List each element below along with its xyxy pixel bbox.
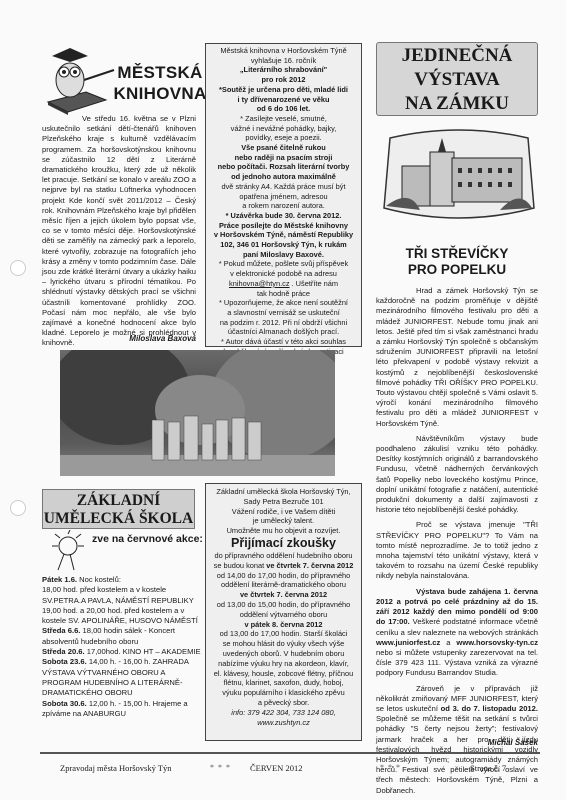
exam-line: v pátek 8. června 2012 <box>208 620 359 630</box>
library-heading: MĚSTSKÁ KNIHOVNA <box>112 62 208 104</box>
contest-line: * Pokud můžete, pošlete svůj příspěvek <box>209 259 358 269</box>
contest-line: dvě stránky A4. Každá práce musí být <box>209 182 358 192</box>
exhibition-heading: JEDINEČNÁ VÝSTAVA NA ZÁMKU <box>376 42 538 116</box>
contest-line: Práce posílejte do Městské knihovny <box>209 221 358 231</box>
horsovsky-tyn-link[interactable]: www.horsovsky-tyn.cz <box>456 638 538 647</box>
contest-line: vyhlašuje 16. ročník <box>209 56 358 66</box>
event-item: Pátek 1.6. Noc kostelů: <box>42 575 202 585</box>
contest-line: * Zasílejte veselé, smutné, <box>209 114 358 124</box>
contest-line: nebo raději na psacím stroji <box>209 153 358 163</box>
exhibition-paragraph-4: Výstava bude zahájena 1. června 2012 a p… <box>376 587 538 679</box>
photo-scene <box>60 350 335 476</box>
footer-stars: * * * <box>380 763 401 772</box>
contest-line: v Horšovském Týně, náměstí Republiky <box>209 230 358 240</box>
library-article-text: Ve středu 16. května se v Plzni uskutečn… <box>42 114 196 349</box>
art-school-events: Pátek 1.6. Noc kostelů:18,00 hod. před k… <box>42 575 202 719</box>
contest-line: *Soutěž je určena pro děti, mladé lidi <box>209 85 358 95</box>
exhibition-paragraph-2: Návštěvníkům výstavy bude poodhaleno zák… <box>376 434 538 516</box>
exam-contact-phone: info: 379 422 304, 733 124 080, <box>208 708 359 718</box>
contest-line: účastníci Almanach došlých prací. <box>209 327 358 337</box>
exhibition-subheading: TŘI STŘEVÍČKY PRO POPELKU <box>376 246 538 278</box>
contest-line: pro rok 2012 <box>209 75 358 85</box>
music-muse-icon <box>48 530 88 572</box>
exam-line: a pěvecký sbor. <box>208 698 359 708</box>
exam-line: oddělení výtvarného oboru <box>208 610 359 620</box>
contest-line: * Uzávěrka bude 30. června 2012. <box>209 211 358 221</box>
exam-line: nabízíme výuku hry na akordeon, klavír, <box>208 659 359 669</box>
contest-line: na podzim r. 2012. Při ní obdrží všichni <box>209 318 358 328</box>
exam-intro-line: Umožněte mu ho objevit a rozvíjet. <box>208 526 359 536</box>
binder-hole <box>10 260 26 276</box>
contest-line: paní Miloslavy Baxové. <box>209 250 358 260</box>
event-item: Sobota 23.6. 14,00 h. - 16,00 h. ZAHRADA… <box>42 657 202 698</box>
exam-line: se budou konat ve čtvrtek 7. června 2012 <box>208 561 359 571</box>
group-photo <box>60 350 335 476</box>
exam-intro-line: Sady Petra Bezruče 101 <box>208 497 359 507</box>
footer-issue: ČERVEN 2012 <box>250 763 302 773</box>
exam-line: od 13,00 do 17,00 hodin. Starší školáci <box>208 629 359 639</box>
exam-line: flétnu, klarinet, saxofon, dudy, hoboj, <box>208 678 359 688</box>
footer-stars: * * * <box>210 763 231 772</box>
exhibition-article-author: Michal Šašek <box>376 738 538 747</box>
contest-line: vážné i nevážné pohádky, bajky, <box>209 124 358 134</box>
contest-line: Vše psané čitelně rukou <box>209 143 358 153</box>
contest-line: od 6 do 106 let. <box>209 104 358 114</box>
footer-publication: Zpravodaj města Horšovský Týn <box>60 763 172 773</box>
contest-line: od jednoho autora maximálně <box>209 172 358 182</box>
contest-line: a slavnostní vernisáž se uskuteční <box>209 308 358 318</box>
contest-line: „Literárního shrabování" <box>209 65 358 75</box>
contest-line: knihovna@htyn.cz . Ušetříte nám <box>209 279 358 289</box>
exam-line: el. klávesy, housle, zobcové flétny, pří… <box>208 669 359 679</box>
exam-line: do přípravného oddělení hudebního oboru <box>208 551 359 561</box>
contest-line: Městská knihovna v Horšovském Týně <box>209 46 358 56</box>
contest-line: tak hodně práce <box>209 289 358 299</box>
event-item: 19,00 hod. a 20,00 hod. před kostelem a … <box>42 606 202 627</box>
entrance-exams-box: Základní umělecká škola Horšovský Týn,Sa… <box>205 483 362 741</box>
literary-contest-box: Městská knihovna v Horšovském Týněvyhlaš… <box>205 43 362 347</box>
contest-line: v elektronické podobě na adresu <box>209 269 358 279</box>
art-school-heading: ZÁKLADNÍ UMĚLECKÁ ŠKOLA <box>42 489 195 529</box>
footer-page-number: Strana č. 7 <box>470 763 506 773</box>
binder-hole <box>10 500 26 516</box>
exam-line: oddělení literárně-dramatického oboru <box>208 580 359 590</box>
art-school-subheading: zve na červnové akce: <box>92 533 203 545</box>
contest-line: povídky, eseje a poezii. <box>209 133 358 143</box>
contest-line: 102, 346 01 Horšovský Týn, k rukám <box>209 240 358 250</box>
exam-line: výuku populárního i klasického zpěvu <box>208 688 359 698</box>
contest-line: opatřena jménem, adresou <box>209 192 358 202</box>
castle-illustration <box>380 128 538 223</box>
exam-line: uvedených oborů. V hudebním oboru <box>208 649 359 659</box>
exam-heading: Přijímací zkoušky <box>208 536 359 551</box>
event-item: Sobota 30.6. 12,00 h. - 15,00 h. Hrajeme… <box>42 699 202 720</box>
exhibition-article-text: Hrad a zámek Horšovský Týn se každoročně… <box>376 286 538 796</box>
contest-line: * Upozorňujeme, že akce není soutěžní <box>209 298 358 308</box>
contest-line: a rokem narození autora. <box>209 201 358 211</box>
contest-line: nebo počítači. Rozsah literární tvorby <box>209 162 358 172</box>
library-article-author: Miloslava Baxová <box>42 334 196 343</box>
exam-intro-line: je umělecký talent. <box>208 516 359 526</box>
library-email-link[interactable]: knihovna@htyn.cz <box>229 279 290 288</box>
exam-line: ve čtvrtek 7. června 2012 <box>208 590 359 600</box>
contest-line: i ty dřívenarozené ve věku <box>209 95 358 105</box>
exam-line: od 14,00 do 17,00 hodin, do přípravného <box>208 571 359 581</box>
footer-rule <box>40 752 540 754</box>
exam-line: se mohou hlásit do výuky všech výše <box>208 639 359 649</box>
juniorfest-link[interactable]: www.juniorfest.cz <box>376 638 440 647</box>
exam-line: od 13,00 do 15,00 hodin, do přípravného <box>208 600 359 610</box>
exam-intro-line: Vážení rodiče, i ve Vašem dítěti <box>208 507 359 517</box>
contest-line: * Autor dává účastí v této akci souhlas <box>209 337 358 347</box>
owl-teacher-icon <box>40 40 116 115</box>
event-item: Středa 20.6. 17,00hod. KINO HT – AKADEMI… <box>42 647 202 657</box>
exam-intro-line: Základní umělecká škola Horšovský Týn, <box>208 487 359 497</box>
event-item: Středa 6.6. 18,00 hodin sálek - Koncert … <box>42 626 202 647</box>
exhibition-paragraph-3: Proč se výstava jmenuje "TŘI STŘEVÍČKY P… <box>376 520 538 581</box>
art-school-web-link[interactable]: www.zushtyn.cz <box>208 718 359 728</box>
exhibition-paragraph-1: Hrad a zámek Horšovský Týn se každoročně… <box>376 286 538 429</box>
event-item: 18,00 hod. před kostelem a v kostele SV.… <box>42 585 202 606</box>
